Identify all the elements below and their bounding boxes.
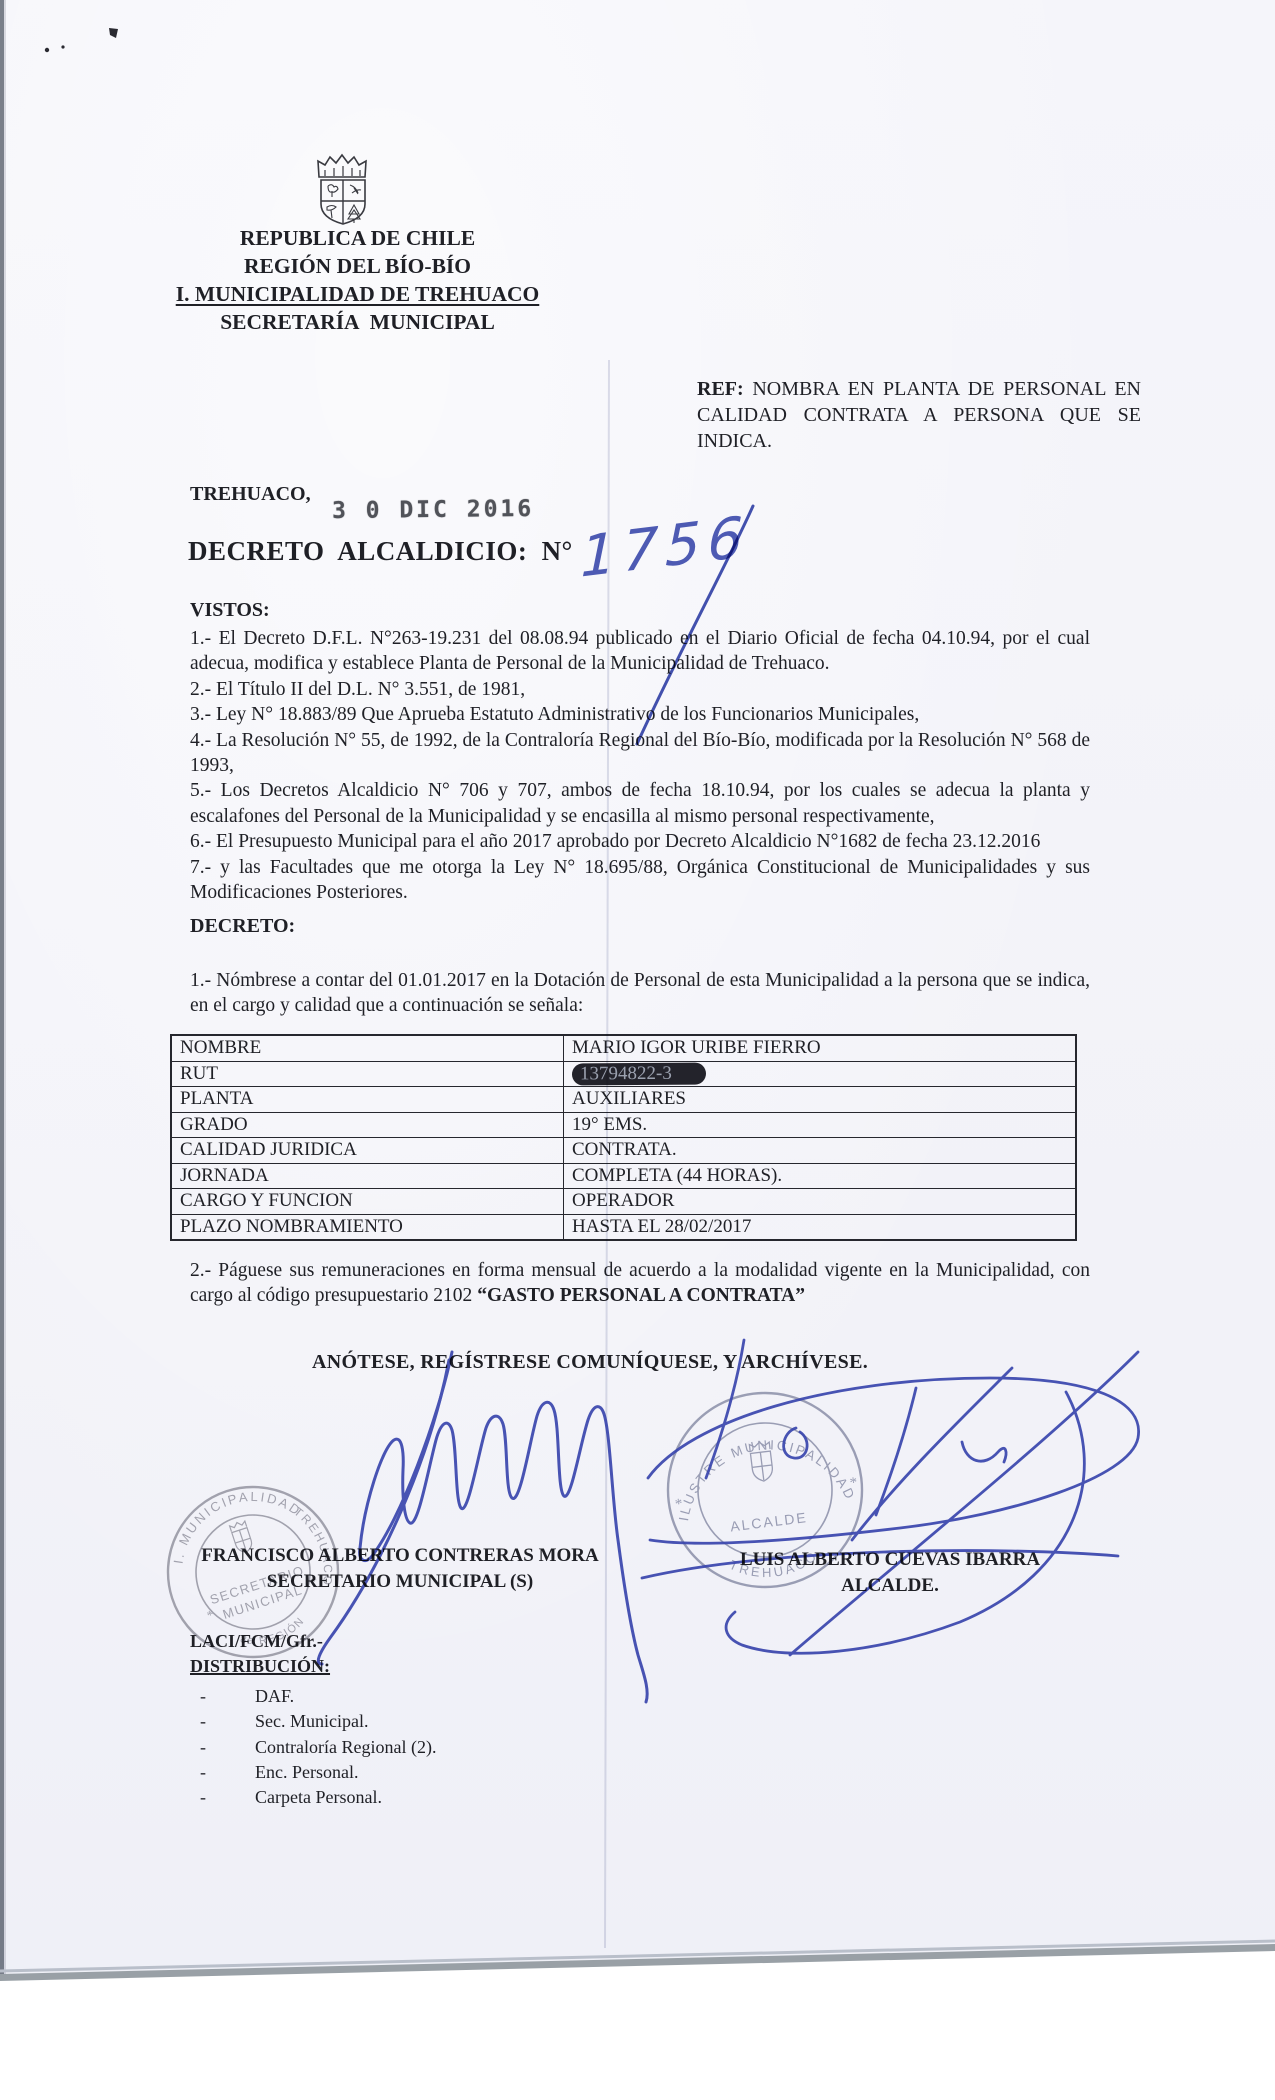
- letterhead-municipality: I. MUNICIPALIDAD DE TREHUACO: [145, 280, 570, 308]
- dist-item-daf: DAF.: [255, 1686, 294, 1707]
- row-value: AUXILIARES: [564, 1087, 1077, 1113]
- table-row: CARGO Y FUNCION OPERADOR: [171, 1189, 1076, 1215]
- row-value: COMPLETA (44 HORAS).: [564, 1163, 1077, 1189]
- row-value: HASTA EL 28/02/2017: [564, 1214, 1077, 1240]
- date-stamp: 3 0 DIC 2016: [332, 496, 534, 524]
- vistos-list: 1.- El Decreto D.F.L. N°263-19.231 del 0…: [190, 626, 1090, 905]
- distribution-label: DISTRIBUCIÓN:: [190, 1656, 330, 1677]
- vistos-item: 6.- El Presupuesto Municipal para el año…: [190, 829, 1090, 854]
- row-label: PLANTA: [171, 1087, 564, 1113]
- row-label: GRADO: [171, 1112, 564, 1138]
- dist-dash: -: [200, 1711, 206, 1732]
- dist-item-contraloria: Contraloría Regional (2).: [255, 1737, 436, 1758]
- row-value: 19° EMS.: [564, 1112, 1077, 1138]
- row-label: JORNADA: [171, 1163, 564, 1189]
- mayor-name: LUIS ALBERTO CUEVAS IBARRA: [660, 1547, 1120, 1573]
- closing-formula: ANÓTESE, REGÍSTRESE COMUNÍQUESE, Y ARCHÍ…: [240, 1351, 940, 1374]
- dist-dash: -: [200, 1762, 206, 1783]
- row-value: OPERADOR: [564, 1189, 1077, 1215]
- redacted-rut: 13794822-3: [572, 1062, 706, 1085]
- place-line: TREHUACO,: [190, 483, 311, 506]
- vistos-item: 7.- y las Facultades que me otorga la Le…: [190, 855, 1090, 906]
- row-value: MARIO IGOR URIBE FIERRO: [564, 1035, 1077, 1061]
- drafting-initials: LACI/FCM/Gfr.-: [190, 1631, 323, 1652]
- reference-block: REF: NOMBRA EN PLANTA DE PERSONAL EN CAL…: [697, 376, 1141, 454]
- table-row: GRADO 19° EMS.: [171, 1112, 1076, 1138]
- appointment-table: NOMBRE MARIO IGOR URIBE FIERRO RUT 13794…: [170, 1034, 1077, 1241]
- letterhead-country: REPUBLICA DE CHILE: [145, 224, 570, 252]
- table-row: JORNADA COMPLETA (44 HORAS).: [171, 1163, 1076, 1189]
- vistos-item: 1.- El Decreto D.F.L. N°263-19.231 del 0…: [190, 626, 1090, 677]
- vistos-item: 2.- El Título II del D.L. N° 3.551, de 1…: [190, 677, 1090, 702]
- table-row: CALIDAD JURIDICA CONTRATA.: [171, 1138, 1076, 1164]
- dist-item-enc-personal: Enc. Personal.: [255, 1762, 358, 1783]
- row-label: PLAZO NOMBRAMIENTO: [171, 1214, 564, 1240]
- row-label: CALIDAD JURIDICA: [171, 1138, 564, 1164]
- row-label: RUT: [171, 1061, 564, 1087]
- decree-title: DECRETO ALCALDICIO: N°: [188, 536, 573, 567]
- dist-item-carpeta: Carpeta Personal.: [255, 1787, 382, 1808]
- paragraph-2-bold: “GASTO PERSONAL A CONTRATA”: [477, 1285, 805, 1306]
- row-value: CONTRATA.: [564, 1138, 1077, 1164]
- table-row: PLANTA AUXILIARES: [171, 1087, 1076, 1113]
- vistos-item: 4.- La Resolución N° 55, de 1992, de la …: [190, 728, 1090, 779]
- reference-label: REF:: [697, 378, 744, 400]
- dist-dash: -: [200, 1737, 206, 1758]
- table-row: NOMBRE MARIO IGOR URIBE FIERRO: [171, 1035, 1076, 1061]
- letterhead: REPUBLICA DE CHILE REGIÓN DEL BÍO-BÍO I.…: [145, 224, 570, 336]
- decreto-paragraph-2: 2.- Páguese sus remuneraciones en forma …: [190, 1258, 1090, 1309]
- dist-dash: -: [200, 1787, 206, 1808]
- reference-text: NOMBRA EN PLANTA DE PERSONAL EN CALIDAD …: [697, 378, 1141, 452]
- decreto-paragraph-1: 1.- Nómbrese a contar del 01.01.2017 en …: [190, 968, 1090, 1019]
- table-row: PLAZO NOMBRAMIENTO HASTA EL 28/02/2017: [171, 1214, 1076, 1240]
- dist-item-sec-municipal: Sec. Municipal.: [255, 1711, 368, 1732]
- table-row: RUT 13794822-3: [171, 1061, 1076, 1087]
- row-label: NOMBRE: [171, 1035, 564, 1061]
- letterhead-office: SECRETARÍA MUNICIPAL: [145, 308, 570, 336]
- row-value: 13794822-3: [564, 1061, 1077, 1087]
- signature-block-secretary: FRANCISCO ALBERTO CONTRERAS MORA SECRETA…: [165, 1543, 635, 1595]
- scanned-decree-page: REPUBLICA DE CHILE REGIÓN DEL BÍO-BÍO I.…: [0, 0, 1275, 2100]
- row-label: CARGO Y FUNCION: [171, 1189, 564, 1215]
- vistos-item: 3.- Ley N° 18.883/89 Que Aprueba Estatut…: [190, 702, 1090, 727]
- vistos-label: VISTOS:: [190, 599, 270, 622]
- mayor-title: ALCALDE.: [660, 1573, 1120, 1599]
- rut-value: 13794822-3: [580, 1063, 672, 1085]
- dist-dash: -: [200, 1686, 206, 1707]
- decreto-label: DECRETO:: [190, 915, 295, 938]
- secretary-title: SECRETARIO MUNICIPAL (S): [165, 1569, 635, 1595]
- letterhead-region: REGIÓN DEL BÍO-BÍO: [145, 252, 570, 280]
- vistos-item: 5.- Los Decretos Alcaldicio N° 706 y 707…: [190, 778, 1090, 829]
- secretary-name: FRANCISCO ALBERTO CONTRERAS MORA: [165, 1543, 635, 1569]
- signature-block-mayor: LUIS ALBERTO CUEVAS IBARRA ALCALDE.: [660, 1547, 1120, 1599]
